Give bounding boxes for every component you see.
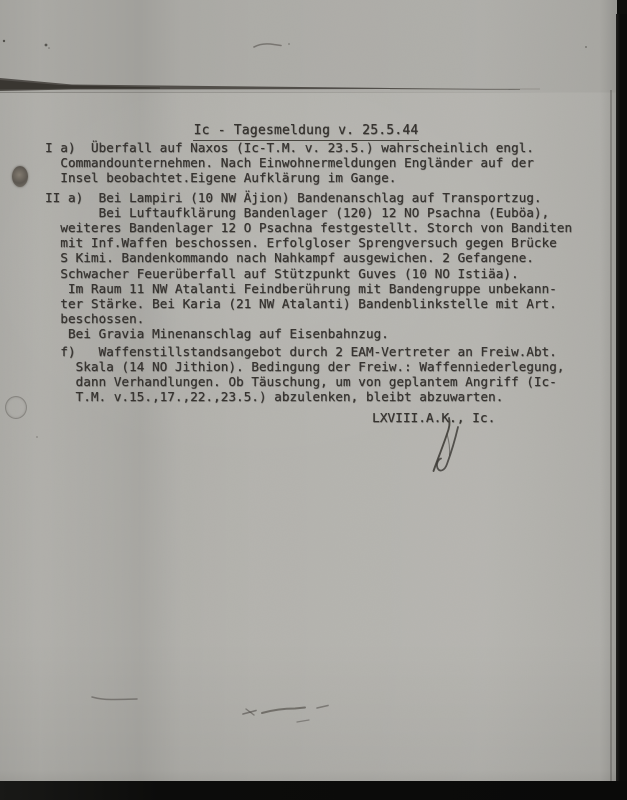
document-line: T.M. v.15.,17.,22.,23.5.) abzulenken, bl… [45,389,605,404]
document-line: Schwacher Feuerüberfall auf Stützpunkt G… [45,266,605,281]
document-line: I a) Überfall auf Naxos (Ic-T.M. v. 23.5… [45,140,605,155]
document-title: Ic - Tagesmeldung v. 25.5.44 [193,123,420,141]
document-line: Bei Gravia Minenanschlag auf Eisenbahnzu… [45,326,605,341]
paper-right-edge-shadow [610,90,612,783]
scan-crease-line [0,92,560,93]
signature-unit: LXVIII.A.K., Ic. [372,411,495,426]
scan-edge-bottom [0,781,627,800]
punch-hole [12,166,28,187]
document-line: mit Inf.Waffen beschossen. Erfolgloser S… [45,235,605,250]
document-line: S Kimi. Bandenkommando nach Nahkampf aus… [45,250,605,265]
document-title-row: Ic - Tagesmeldung v. 25.5.44 [0,119,612,141]
document-line: Skala (14 NO Jithion). Bedingung der Fre… [45,359,605,374]
punch-hole-outline [5,396,27,419]
document-line: Commandounternehmen. Nach Einwohnermeldu… [45,155,605,170]
document-line: dann Verhandlungen. Ob Täuschung, um von… [45,374,605,389]
document-line: beschossen. [45,311,605,326]
document-line: ter Stärke. Bei Karia (21 NW Atalanti) B… [45,296,605,311]
scan-edge-right [616,14,627,800]
document-line: Im Raum 11 NW Atalanti Feindberührung mi… [45,281,605,296]
scanned-document-page: Ic - Tagesmeldung v. 25.5.44 I a) Überfa… [0,0,627,800]
document-line: Insel beobachtet.Eigene Aufklärung im Ga… [45,170,605,185]
document-line: Bei Luftaufklärung Bandenlager (120) 12 … [45,205,605,220]
document-lines: I a) Überfall auf Naxos (Ic-T.M. v. 23.5… [45,140,605,404]
document-line: II a) Bei Lampiri (10 NW Äjion) Bandenan… [45,190,605,205]
document-line: weiteres Bandenlager 12 O Psachna festge… [45,220,605,235]
document-line: f) Waffenstillstandsangebot durch 2 EAM-… [45,344,605,359]
